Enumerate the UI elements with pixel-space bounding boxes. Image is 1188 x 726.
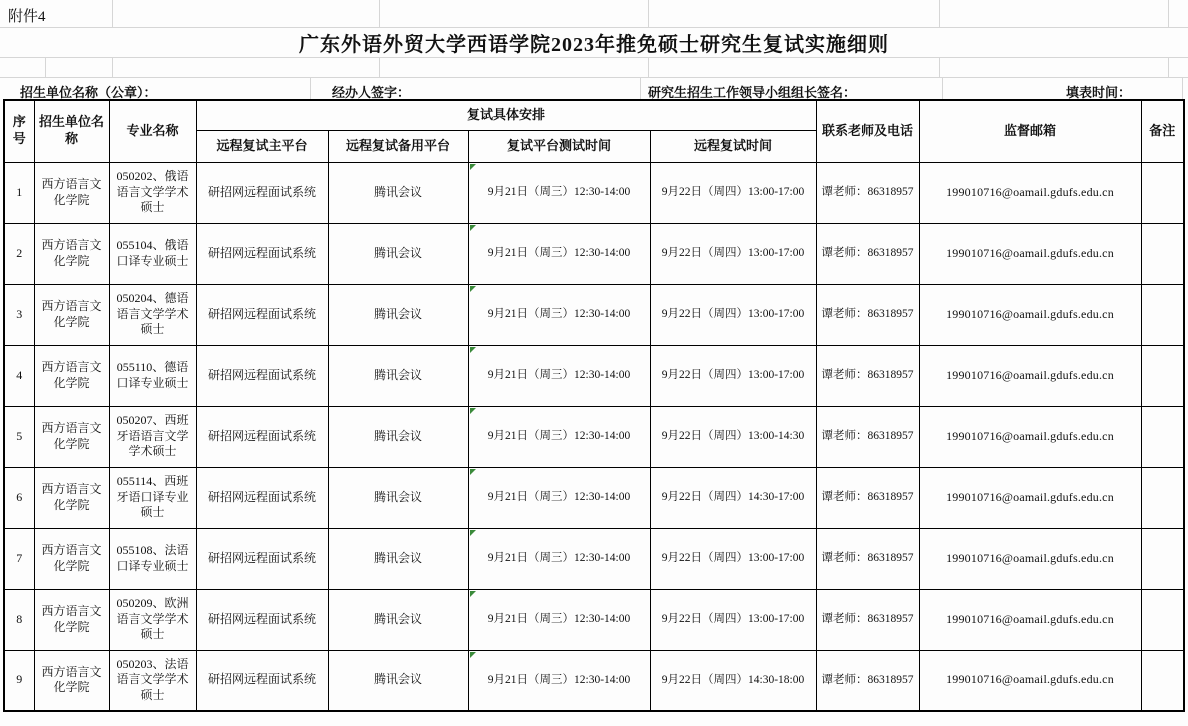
cell-remark <box>1141 223 1184 284</box>
cell-email: 199010716@oamail.gdufs.edu.cn <box>919 345 1141 406</box>
cell-test-time: 9月21日（周三）12:30-14:00 <box>468 528 650 589</box>
cell-backup-platform: 腾讯会议 <box>328 223 468 284</box>
review-schedule-table: 序号 招生单位名称 专业名称 复试具体安排 联系老师及电话 监督邮箱 备注 远程… <box>3 99 1185 712</box>
col-header-major: 专业名称 <box>109 100 196 162</box>
cell-remark <box>1141 528 1184 589</box>
cell-unit: 西方语言文化学院 <box>34 589 109 650</box>
col-header-test-time: 复试平台测试时间 <box>468 130 650 162</box>
cell-remark <box>1141 162 1184 223</box>
cell-major: 055110、德语口译专业硕士 <box>109 345 196 406</box>
cell-no: 4 <box>4 345 34 406</box>
table-row: 4 西方语言文化学院 055110、德语口译专业硕士 研招网远程面试系统 腾讯会… <box>4 345 1184 406</box>
cell-unit: 西方语言文化学院 <box>34 162 109 223</box>
gridline <box>640 77 641 99</box>
test-time-text: 9月21日（周三）12:30-14:00 <box>488 552 630 564</box>
col-header-email: 监督邮箱 <box>919 100 1141 162</box>
cell-no: 6 <box>4 467 34 528</box>
cell-contact: 谭老师：86318957 <box>816 528 919 589</box>
table-row: 3 西方语言文化学院 050204、德语语言文学学术硕士 研招网远程面试系统 腾… <box>4 284 1184 345</box>
cell-interview-time: 9月22日（周四）13:00-17:00 <box>650 162 816 223</box>
col-header-contact: 联系老师及电话 <box>816 100 919 162</box>
cell-no: 2 <box>4 223 34 284</box>
cell-interview-time: 9月22日（周四）13:00-17:00 <box>650 589 816 650</box>
cell-unit: 西方语言文化学院 <box>34 284 109 345</box>
group-header-review-arrangement: 复试具体安排 <box>196 100 816 130</box>
cell-test-time: 9月21日（周三）12:30-14:00 <box>468 345 650 406</box>
col-header-remark: 备注 <box>1141 100 1184 162</box>
test-time-text: 9月21日（周三）12:30-14:00 <box>488 491 630 503</box>
cell-email: 199010716@oamail.gdufs.edu.cn <box>919 284 1141 345</box>
cell-contact: 谭老师：86318957 <box>816 650 919 711</box>
cell-main-platform: 研招网远程面试系统 <box>196 589 328 650</box>
gridline <box>379 0 380 27</box>
cell-test-time: 9月21日（周三）12:30-14:00 <box>468 589 650 650</box>
cell-major: 055108、法语口译专业硕士 <box>109 528 196 589</box>
table-row: 6 西方语言文化学院 055114、西班牙语口译专业硕士 研招网远程面试系统 腾… <box>4 467 1184 528</box>
cell-test-time: 9月21日（周三）12:30-14:00 <box>468 284 650 345</box>
cell-backup-platform: 腾讯会议 <box>328 528 468 589</box>
gridline <box>0 57 1188 58</box>
cell-contact: 谭老师：86318957 <box>816 589 919 650</box>
test-time-text: 9月21日（周三）12:30-14:00 <box>488 186 630 198</box>
col-header-main-platform: 远程复试主平台 <box>196 130 328 162</box>
col-header-interview-time: 远程复试时间 <box>650 130 816 162</box>
gridline <box>942 77 943 99</box>
cell-major: 050207、西班牙语语言文学学术硕士 <box>109 406 196 467</box>
cell-main-platform: 研招网远程面试系统 <box>196 284 328 345</box>
cell-main-platform: 研招网远程面试系统 <box>196 650 328 711</box>
cell-email: 199010716@oamail.gdufs.edu.cn <box>919 223 1141 284</box>
cell-main-platform: 研招网远程面试系统 <box>196 528 328 589</box>
col-header-backup-platform: 远程复试备用平台 <box>328 130 468 162</box>
cell-unit: 西方语言文化学院 <box>34 223 109 284</box>
cell-email: 199010716@oamail.gdufs.edu.cn <box>919 162 1141 223</box>
cell-main-platform: 研招网远程面试系统 <box>196 223 328 284</box>
cell-test-time: 9月21日（周三）12:30-14:00 <box>468 406 650 467</box>
cell-no: 8 <box>4 589 34 650</box>
table-row: 5 西方语言文化学院 050207、西班牙语语言文学学术硕士 研招网远程面试系统… <box>4 406 1184 467</box>
cell-main-platform: 研招网远程面试系统 <box>196 162 328 223</box>
test-time-text: 9月21日（周三）12:30-14:00 <box>488 247 630 259</box>
error-indicator-icon <box>470 469 477 476</box>
gridline <box>1182 77 1183 99</box>
cell-backup-platform: 腾讯会议 <box>328 406 468 467</box>
error-indicator-icon <box>470 225 477 232</box>
cell-no: 9 <box>4 650 34 711</box>
cell-backup-platform: 腾讯会议 <box>328 162 468 223</box>
gridline <box>939 0 940 27</box>
gridline <box>0 77 1188 78</box>
cell-interview-time: 9月22日（周四）14:30-18:00 <box>650 650 816 711</box>
cell-main-platform: 研招网远程面试系统 <box>196 345 328 406</box>
col-header-unit: 招生单位名称 <box>34 100 109 162</box>
cell-email: 199010716@oamail.gdufs.edu.cn <box>919 589 1141 650</box>
table-row: 9 西方语言文化学院 050203、法语语言文学学术硕士 研招网远程面试系统 腾… <box>4 650 1184 711</box>
cell-contact: 谭老师：86318957 <box>816 284 919 345</box>
attachment-label: 附件4 <box>8 5 46 26</box>
error-indicator-icon <box>470 164 477 171</box>
document-sheet: 附件4 广东外语外贸大学西语学院2023年推免硕士研究生复试实施细则 招生单位名… <box>0 0 1188 726</box>
gridline <box>939 57 940 77</box>
page-title: 广东外语外贸大学西语学院2023年推免硕士研究生复试实施细则 <box>0 28 1188 57</box>
cell-unit: 西方语言文化学院 <box>34 345 109 406</box>
cell-major: 055114、西班牙语口译专业硕士 <box>109 467 196 528</box>
table-row: 2 西方语言文化学院 055104、俄语口译专业硕士 研招网远程面试系统 腾讯会… <box>4 223 1184 284</box>
cell-remark <box>1141 650 1184 711</box>
test-time-text: 9月21日（周三）12:30-14:00 <box>488 430 630 442</box>
cell-remark <box>1141 589 1184 650</box>
cell-main-platform: 研招网远程面试系统 <box>196 467 328 528</box>
gridline <box>112 57 113 77</box>
test-time-text: 9月21日（周三）12:30-14:00 <box>488 308 630 320</box>
cell-major: 050202、俄语语言文学学术硕士 <box>109 162 196 223</box>
cell-email: 199010716@oamail.gdufs.edu.cn <box>919 467 1141 528</box>
cell-email: 199010716@oamail.gdufs.edu.cn <box>919 528 1141 589</box>
cell-backup-platform: 腾讯会议 <box>328 650 468 711</box>
cell-major: 050209、欧洲语言文学学术硕士 <box>109 589 196 650</box>
cell-test-time: 9月21日（周三）12:30-14:00 <box>468 650 650 711</box>
error-indicator-icon <box>470 286 477 293</box>
cell-interview-time: 9月22日（周四）13:00-17:00 <box>650 223 816 284</box>
cell-contact: 谭老师：86318957 <box>816 345 919 406</box>
cell-unit: 西方语言文化学院 <box>34 467 109 528</box>
cell-unit: 西方语言文化学院 <box>34 406 109 467</box>
cell-interview-time: 9月22日（周四）14:30-17:00 <box>650 467 816 528</box>
cell-remark <box>1141 406 1184 467</box>
cell-remark <box>1141 345 1184 406</box>
cell-test-time: 9月21日（周三）12:30-14:00 <box>468 467 650 528</box>
error-indicator-icon <box>470 347 477 354</box>
error-indicator-icon <box>470 652 477 659</box>
gridline <box>648 0 649 27</box>
cell-email: 199010716@oamail.gdufs.edu.cn <box>919 650 1141 711</box>
gridline <box>112 0 113 27</box>
cell-no: 3 <box>4 284 34 345</box>
cell-unit: 西方语言文化学院 <box>34 528 109 589</box>
cell-test-time: 9月21日（周三）12:30-14:00 <box>468 162 650 223</box>
cell-no: 5 <box>4 406 34 467</box>
cell-contact: 谭老师：86318957 <box>816 162 919 223</box>
cell-major: 050204、德语语言文学学术硕士 <box>109 284 196 345</box>
gridline <box>379 57 380 77</box>
table-row: 7 西方语言文化学院 055108、法语口译专业硕士 研招网远程面试系统 腾讯会… <box>4 528 1184 589</box>
cell-no: 7 <box>4 528 34 589</box>
cell-test-time: 9月21日（周三）12:30-14:00 <box>468 223 650 284</box>
cell-main-platform: 研招网远程面试系统 <box>196 406 328 467</box>
cell-unit: 西方语言文化学院 <box>34 650 109 711</box>
gridline <box>1168 57 1169 77</box>
test-time-text: 9月21日（周三）12:30-14:00 <box>488 369 630 381</box>
gridline <box>45 57 46 77</box>
cell-major: 050203、法语语言文学学术硕士 <box>109 650 196 711</box>
cell-backup-platform: 腾讯会议 <box>328 589 468 650</box>
cell-remark <box>1141 284 1184 345</box>
gridline <box>648 57 649 77</box>
cell-no: 1 <box>4 162 34 223</box>
cell-backup-platform: 腾讯会议 <box>328 284 468 345</box>
cell-interview-time: 9月22日（周四）13:00-17:00 <box>650 284 816 345</box>
cell-contact: 谭老师：86318957 <box>816 223 919 284</box>
cell-backup-platform: 腾讯会议 <box>328 345 468 406</box>
cell-contact: 谭老师：86318957 <box>816 467 919 528</box>
table-body: 1 西方语言文化学院 050202、俄语语言文学学术硕士 研招网远程面试系统 腾… <box>4 162 1184 711</box>
cell-backup-platform: 腾讯会议 <box>328 467 468 528</box>
error-indicator-icon <box>470 408 477 415</box>
cell-email: 199010716@oamail.gdufs.edu.cn <box>919 406 1141 467</box>
error-indicator-icon <box>470 530 477 537</box>
cell-remark <box>1141 467 1184 528</box>
cell-contact: 谭老师：86318957 <box>816 406 919 467</box>
cell-major: 055104、俄语口译专业硕士 <box>109 223 196 284</box>
test-time-text: 9月21日（周三）12:30-14:00 <box>488 613 630 625</box>
cell-interview-time: 9月22日（周四）13:00-14:30 <box>650 406 816 467</box>
test-time-text: 9月21日（周三）12:30-14:00 <box>488 674 630 686</box>
table-row: 8 西方语言文化学院 050209、欧洲语言文学学术硕士 研招网远程面试系统 腾… <box>4 589 1184 650</box>
table-row: 1 西方语言文化学院 050202、俄语语言文学学术硕士 研招网远程面试系统 腾… <box>4 162 1184 223</box>
error-indicator-icon <box>470 591 477 598</box>
cell-interview-time: 9月22日（周四）13:00-17:00 <box>650 345 816 406</box>
gridline <box>310 77 311 99</box>
cell-interview-time: 9月22日（周四）13:00-17:00 <box>650 528 816 589</box>
gridline <box>1168 0 1169 27</box>
col-header-no: 序号 <box>4 100 34 162</box>
